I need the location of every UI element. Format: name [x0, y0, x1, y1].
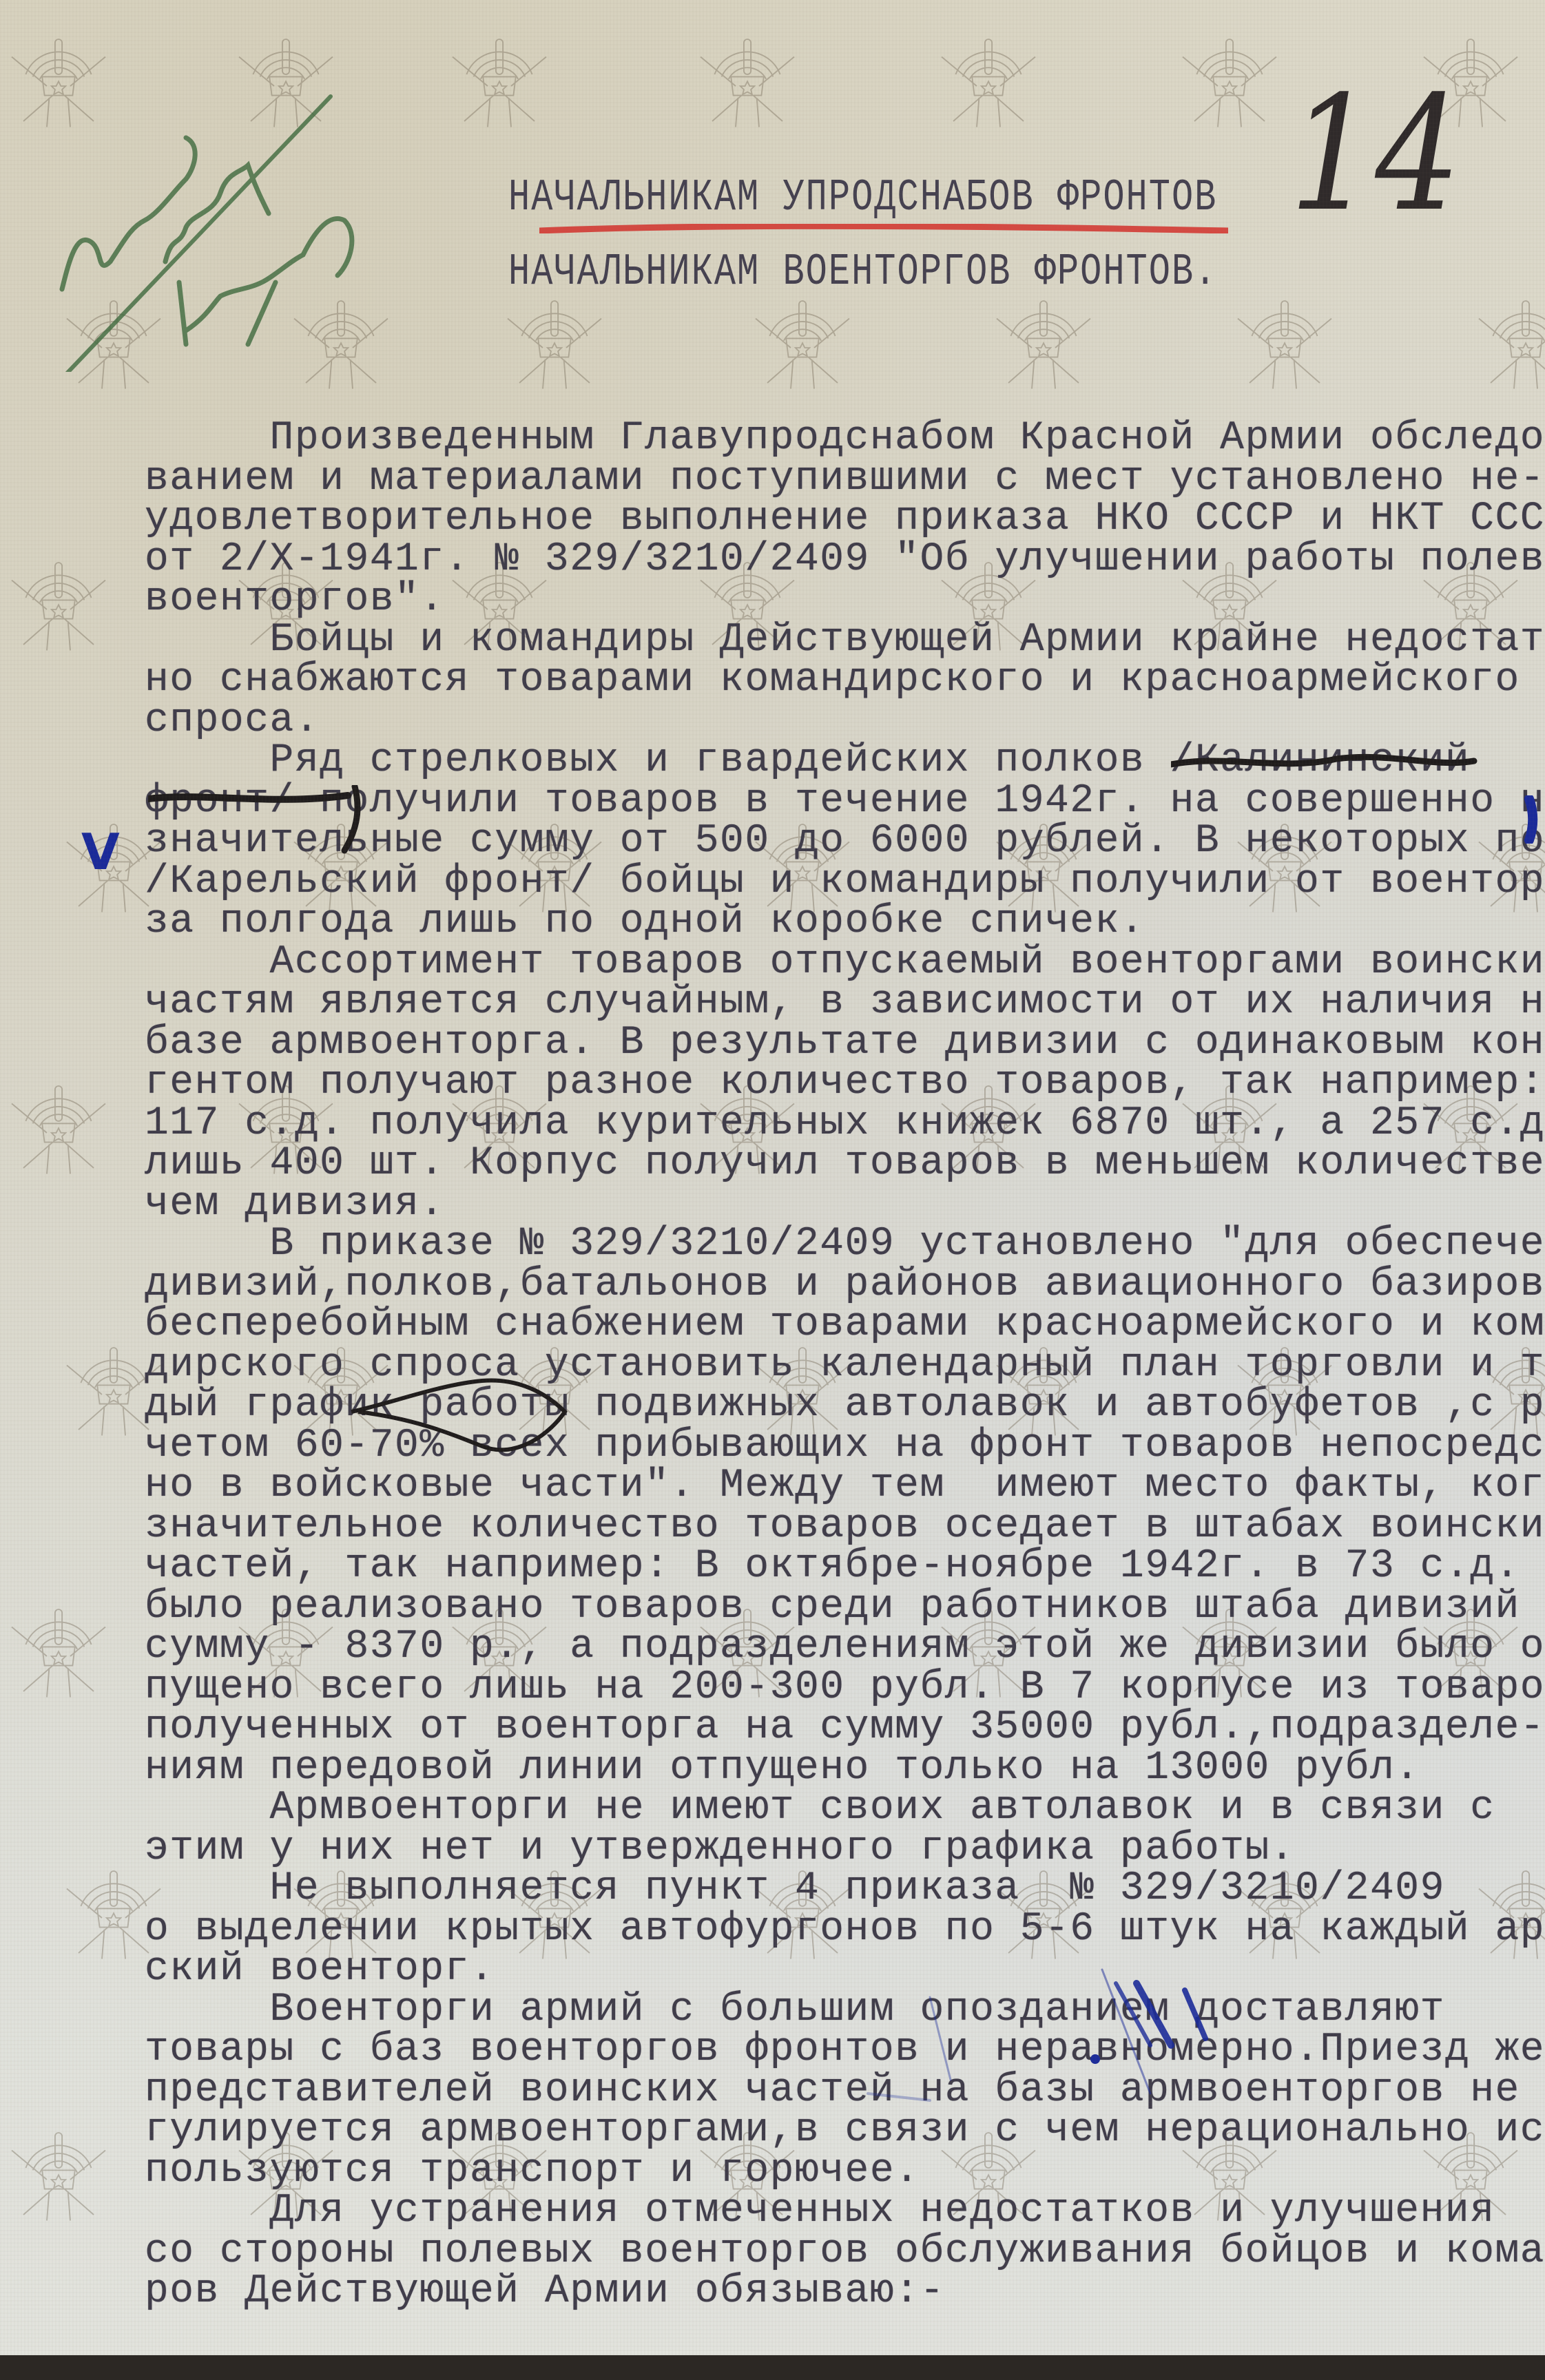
watermark-emblem: [441, 28, 558, 145]
body-line: Армвоенторги не имеют своих автолавок и …: [145, 1788, 1545, 1829]
addressee-line-1: НАЧАЛЬНИКАМ УПРОДСНАБОВ ФРОНТОВ: [508, 172, 1217, 223]
body-line: Для устранения отмеченных недостатков и …: [145, 2191, 1545, 2232]
body-line: этим у них нет и утвержденного графика р…: [145, 1829, 1545, 1870]
body-line: Не выполняется пункт 4 приказа № 329/321…: [145, 1869, 1545, 1910]
body-line: дый график работы подвижных автолавок и …: [145, 1386, 1545, 1426]
watermark-emblem: [227, 28, 344, 145]
body-line: лишь 400 шт. Корпус получил товаров в ме…: [145, 1144, 1545, 1184]
watermark-emblem: [1467, 289, 1545, 406]
body-line: представителей воинских частей на базы а…: [145, 2071, 1545, 2111]
body-line: спроса.: [145, 701, 1545, 742]
body-line: Ряд стрелковых и гвардейских полков /Кал…: [145, 741, 1545, 782]
body-line: от 2/X-1941г. № 329/3210/2409 "Об улучше…: [145, 540, 1545, 581]
body-line: Бойцы и командиры Действующей Армии край…: [145, 620, 1545, 661]
body-line: товары с баз военторгов фронтов и неравн…: [145, 2030, 1545, 2071]
scan-border: [0, 2355, 1545, 2380]
body-line: было реализовано товаров среди работнико…: [145, 1587, 1545, 1628]
body-line: частей, так например: В октябре-ноябре 1…: [145, 1547, 1545, 1587]
addressee-line-2: НАЧАЛЬНИКАМ ВОЕНТОРГОВ ФРОНТОВ.: [508, 247, 1217, 297]
watermark-emblem: [0, 2121, 117, 2238]
body-line: бесперебойным снабжением товарами красно…: [145, 1305, 1545, 1346]
red-pencil-underline: [539, 224, 1228, 233]
body-line: за полгода лишь по одной коробке спичек.: [145, 902, 1545, 943]
body-line: значительное количество товаров оседает …: [145, 1507, 1545, 1547]
body-line: о выделении крытых автофургонов по 5-6 ш…: [145, 1910, 1545, 1950]
body-line: значительные сумму от 500 до 6000 рублей…: [145, 822, 1545, 862]
document-page: 14 НАЧАЛЬНИКАМ УПРОДСНАБОВ ФРОНТОВ НАЧАЛ…: [0, 0, 1545, 2355]
body-line: чем дивизия.: [145, 1184, 1545, 1225]
body-line: сумму - 8370 р., а подразделениям этой ж…: [145, 1627, 1545, 1668]
body-line: 117 с.д. получила курительных книжек 687…: [145, 1104, 1545, 1145]
watermark-emblem: [0, 28, 117, 145]
body-line: Ассортимент товаров отпускаемый военторг…: [145, 943, 1545, 983]
body-line: но снабжаются товарами командирского и к…: [145, 660, 1545, 701]
watermark-emblem: [0, 1074, 117, 1191]
watermark-emblem: [496, 289, 613, 406]
body-line: гентом получают разное количество товаро…: [145, 1063, 1545, 1104]
watermark-emblem: [744, 289, 861, 406]
handwritten-resolution: [41, 55, 523, 372]
watermark-emblem: [985, 289, 1102, 406]
body-line: Произведенным Главупродснабом Красной Ар…: [145, 419, 1545, 459]
body-line: пущено всего лишь на 200-300 рубл. В 7 к…: [145, 1668, 1545, 1709]
body-line: военторгов".: [145, 580, 1545, 620]
watermark-emblem: [930, 28, 1047, 145]
body-line: /Карельский фронт/ бойцы и командиры пол…: [145, 862, 1545, 903]
watermark-emblem: [1226, 289, 1343, 406]
watermark-emblem: [1171, 28, 1288, 145]
body-line: ниям передовой линии отпущено только на …: [145, 1749, 1545, 1789]
body-line: дивизий,полков,батальонов и районов авиа…: [145, 1265, 1545, 1306]
body-line: частям является случайным, в зависимости…: [145, 983, 1545, 1023]
letter-body: Произведенным Главупродснабом Красной Ар…: [145, 419, 1545, 2313]
body-line: четом 60-70% всех прибывающих на фронт т…: [145, 1426, 1545, 1467]
watermark-emblem: [55, 289, 172, 406]
watermark-emblem: [282, 289, 400, 406]
watermark-emblem: [0, 551, 117, 668]
watermark-emblem: [689, 28, 806, 145]
body-line: удовлетворительное выполнение приказа НК…: [145, 499, 1545, 540]
body-line: ский военторг.: [145, 1950, 1545, 1990]
margin-checkmark: V: [81, 823, 120, 881]
body-line: ров Действующей Армии обязываю:-: [145, 2272, 1545, 2313]
body-line: Военторги армий с большим опозданием дос…: [145, 1990, 1545, 2031]
body-line: дирского спроса установить календарный п…: [145, 1346, 1545, 1386]
body-line: полученных от военторга на сумму 35000 р…: [145, 1708, 1545, 1749]
watermark-emblem: [0, 1598, 117, 1715]
body-line: гулируется армвоенторгами,в связи с чем …: [145, 2111, 1545, 2151]
page-number: 14: [1289, 76, 1461, 234]
body-line: но в войсковые части". Между тем имеют м…: [145, 1466, 1545, 1507]
body-line: базе армвоенторга. В результате дивизии …: [145, 1023, 1545, 1064]
body-line: пользуются транспорт и горючее.: [145, 2151, 1545, 2192]
body-line: В приказе № 329/3210/2409 установлено "д…: [145, 1224, 1545, 1265]
body-line: со стороны полевых военторгов обслуживан…: [145, 2232, 1545, 2273]
body-line: ванием и материалами поступившими с мест…: [145, 459, 1545, 500]
body-line: фронт/ получили товаров в течение 1942г.…: [145, 782, 1545, 822]
